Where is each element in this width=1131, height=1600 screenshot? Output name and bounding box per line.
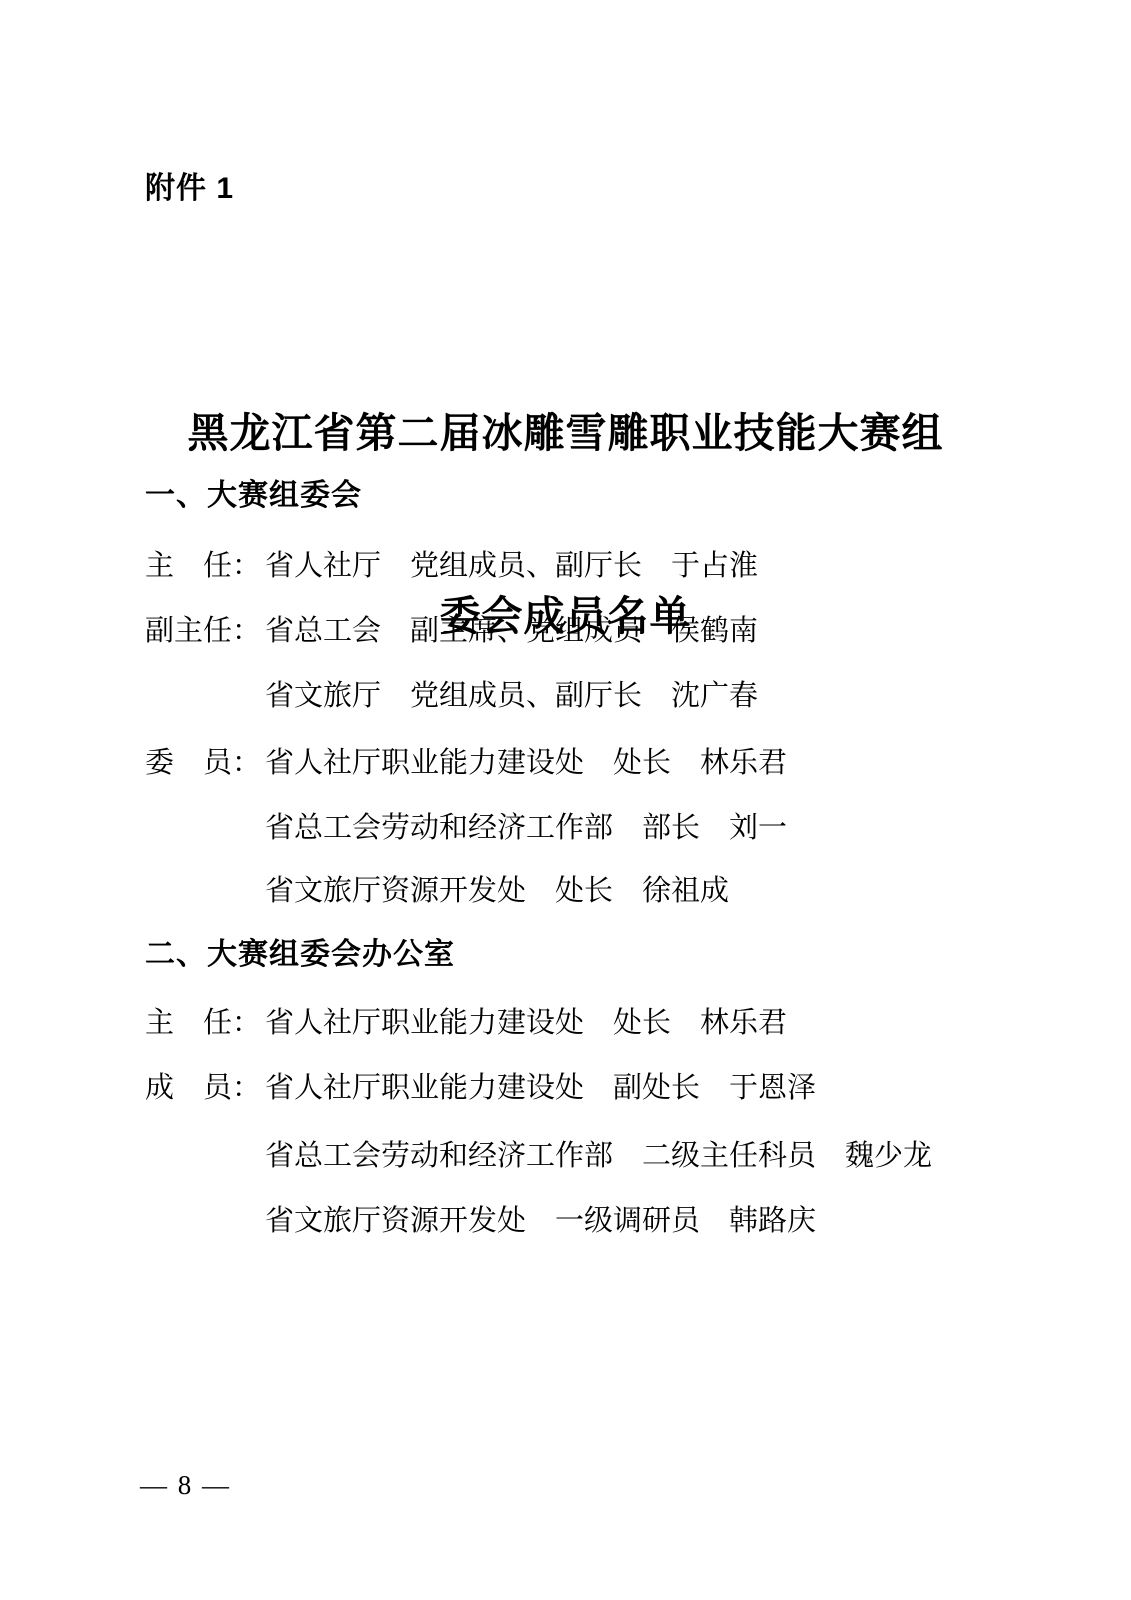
entry-row: 主 任： 省人社厅 党组成员、副厅长 于占淮 (145, 543, 758, 584)
entry-role-label (145, 1133, 265, 1174)
entry-role-label: 主 任： (145, 543, 265, 584)
entry-role-label: 成 员： (145, 1065, 265, 1106)
section-heading-office: 二、大赛组委会办公室 (145, 929, 455, 973)
entry-text: 省人社厅职业能力建设处 副处长 于恩泽 (265, 1065, 816, 1106)
entry-text: 省总工会劳动和经济工作部 二级主任科员 魏少龙 (265, 1133, 932, 1174)
entry-role-label: 主 任： (145, 1000, 265, 1041)
entry-role-label (145, 1198, 265, 1239)
entry-text: 省文旅厅资源开发处 一级调研员 韩路庆 (265, 1198, 816, 1239)
entry-role-label: 副主任： (145, 608, 265, 649)
entry-row: 省文旅厅资源开发处 处长 徐祖成 (145, 868, 729, 909)
entry-row: 省总工会劳动和经济工作部 部长 刘一 (145, 805, 787, 846)
entry-role-label (145, 805, 265, 846)
entry-row: 主 任： 省人社厅职业能力建设处 处长 林乐君 (145, 1000, 787, 1041)
entry-row: 委 员： 省人社厅职业能力建设处 处长 林乐君 (145, 740, 787, 781)
entry-text: 省文旅厅 党组成员、副厅长 沈广春 (265, 673, 758, 714)
page-number: — 8 — (140, 1470, 231, 1501)
entry-text: 省人社厅职业能力建设处 处长 林乐君 (265, 1000, 787, 1041)
section-heading-committee: 一、大赛组委会 (145, 470, 362, 514)
document-page: 附件 1 黑龙江省第二届冰雕雪雕职业技能大赛组 委会成员名单 一、大赛组委会 主… (0, 0, 1131, 1600)
entry-row: 成 员： 省人社厅职业能力建设处 副处长 于恩泽 (145, 1065, 816, 1106)
entry-role-label: 委 员： (145, 740, 265, 781)
entry-text: 省文旅厅资源开发处 处长 徐祖成 (265, 868, 729, 909)
entry-role-label (145, 868, 265, 909)
entry-text: 省总工会劳动和经济工作部 部长 刘一 (265, 805, 787, 846)
entry-row: 副主任： 省总工会 副主席、党组成员 侯鹤南 (145, 608, 758, 649)
entry-text: 省总工会 副主席、党组成员 侯鹤南 (265, 608, 758, 649)
attachment-label: 附件 1 (145, 163, 234, 207)
entry-row: 省总工会劳动和经济工作部 二级主任科员 魏少龙 (145, 1133, 932, 1174)
entry-row: 省文旅厅资源开发处 一级调研员 韩路庆 (145, 1198, 816, 1239)
entry-role-label (145, 673, 265, 714)
entry-text: 省人社厅职业能力建设处 处长 林乐君 (265, 740, 787, 781)
document-title-line1: 黑龙江省第二届冰雕雪雕职业技能大赛组 (0, 403, 1131, 464)
entry-text: 省人社厅 党组成员、副厅长 于占淮 (265, 543, 758, 584)
entry-row: 省文旅厅 党组成员、副厅长 沈广春 (145, 673, 758, 714)
